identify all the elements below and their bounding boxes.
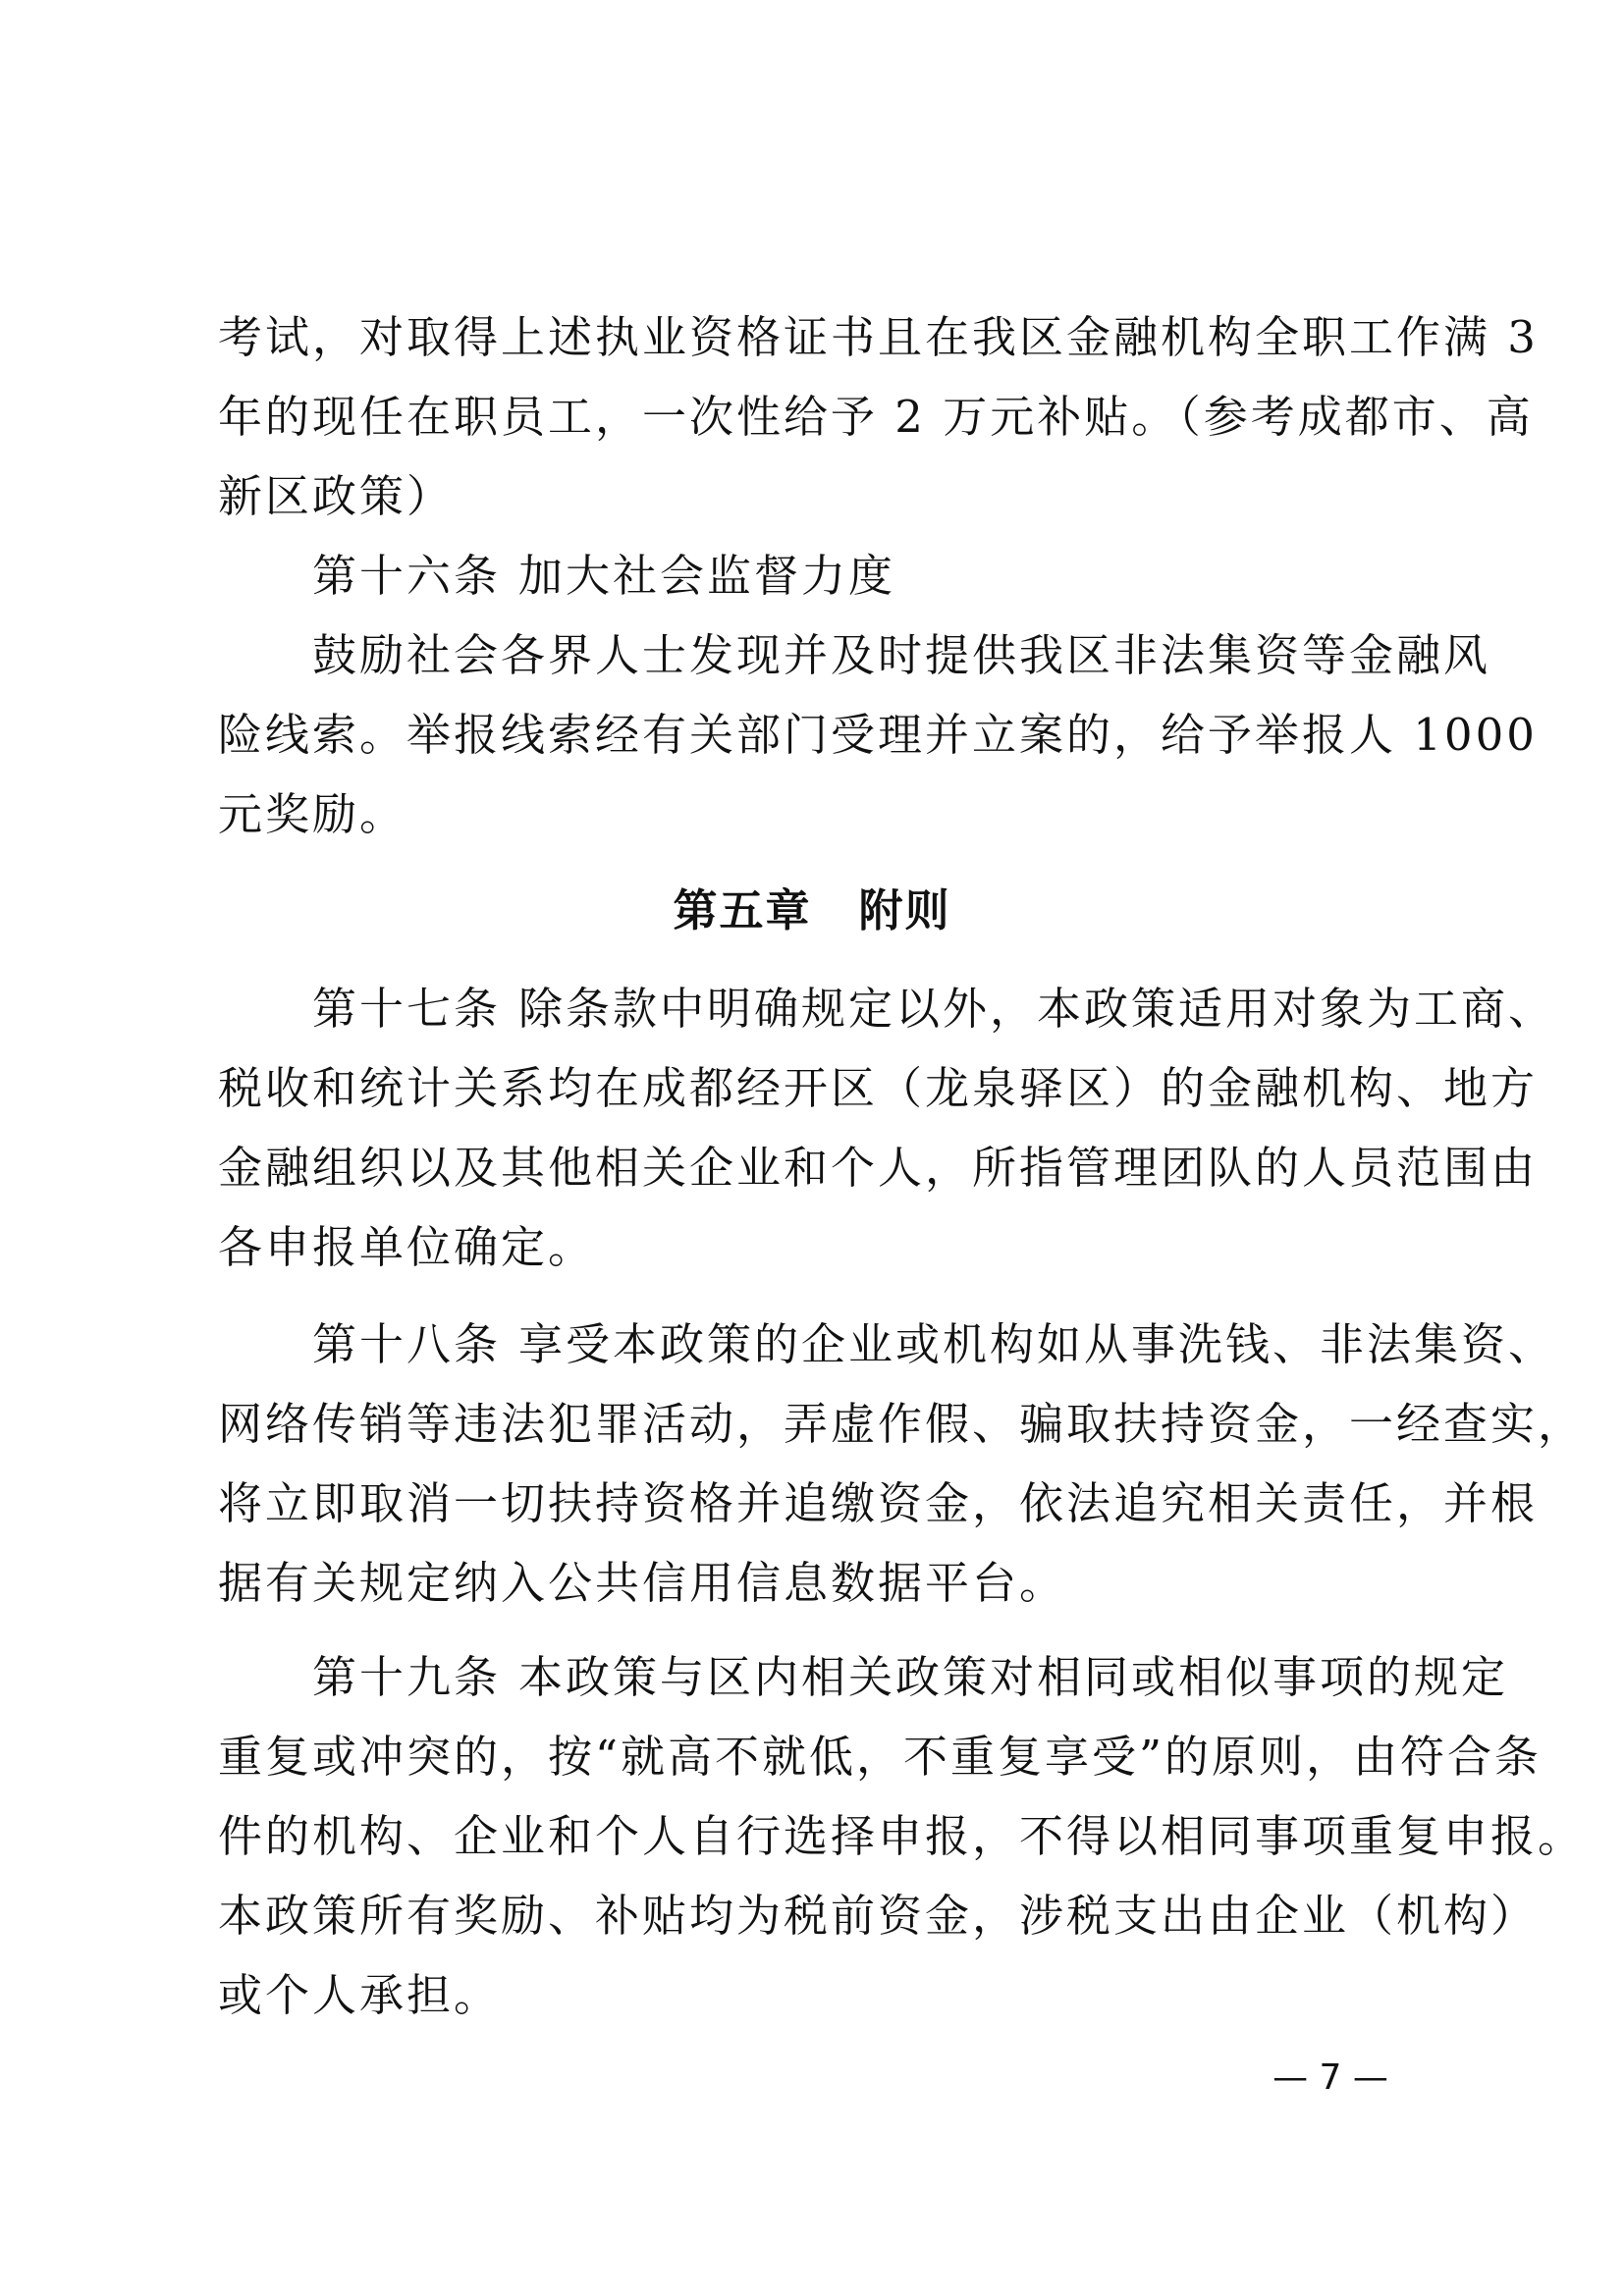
paragraph-line: 据有关规定纳入公共信用信息数据平台。 [218,1554,1422,1613]
paragraph-line: 年的现任在职员工，一次性给予 2 万元补贴。（参考成都市、高 [218,388,1422,447]
paragraph-line: 新区政策） [218,467,1422,526]
article-title: 加大社会监督力度 [518,550,895,602]
article-17-first-line: 第十七条除条款中明确规定以外，本政策适用对象为工商、 [312,980,1422,1039]
article-text: 除条款中明确规定以外，本政策适用对象为工商、 [518,983,1555,1035]
article-16-heading: 第十六条加大社会监督力度 [312,547,1422,606]
article-label: 第十九条 [312,1651,501,1703]
chapter-heading: 第五章附则 [0,881,1624,940]
paragraph-line: 元奖励。 [218,785,1422,844]
page-number: — 7 — [1257,2054,1404,2103]
article-label: 第十八条 [312,1318,501,1370]
article-18-first-line: 第十八条享受本政策的企业或机构如从事洗钱、非法集资、 [312,1315,1422,1374]
paragraph-line: 税收和统计关系均在成都经开区（龙泉驿区）的金融机构、地方 [218,1059,1422,1118]
paragraph-line: 考试，对取得上述执业资格证书且在我区金融机构全职工作满 3 [218,308,1422,367]
paragraph-line: 将立即取消一切扶持资格并追缴资金，依法追究相关责任，并根 [218,1474,1422,1533]
paragraph-line: 重复或冲突的，按“就高不就低，不重复享受”的原则，由符合条 [218,1728,1422,1787]
paragraph-line: 金融组织以及其他相关企业和个人，所指管理团队的人员范围由 [218,1139,1422,1198]
paragraph-line: 鼓励社会各界人士发现并及时提供我区非法集资等金融风 [312,626,1422,685]
paragraph-line: 件的机构、企业和个人自行选择申报，不得以相同事项重复申报。 [218,1807,1422,1866]
document-page: 考试，对取得上述执业资格证书且在我区金融机构全职工作满 3 年的现任在职员工，一… [0,0,1624,2296]
paragraph-line: 各申报单位确定。 [218,1218,1422,1277]
paragraph-line: 本政策所有奖励、补贴均为税前资金，涉税支出由企业（机构） [218,1887,1422,1946]
chapter-title: 附则 [859,884,951,936]
article-text: 享受本政策的企业或机构如从事洗钱、非法集资、 [518,1318,1555,1370]
article-label: 第十六条 [312,550,501,602]
chapter-number: 第五章 [673,884,811,936]
paragraph-line: 网络传销等违法犯罪活动，弄虚作假、骗取扶持资金，一经查实， [218,1395,1422,1454]
paragraph-line: 或个人承担。 [218,1966,1422,2025]
article-19-first-line: 第十九条本政策与区内相关政策对相同或相似事项的规定 [312,1648,1422,1707]
paragraph-line: 险线索。举报线索经有关部门受理并立案的，给予举报人 1000 [218,706,1422,765]
article-label: 第十七条 [312,983,501,1035]
article-text: 本政策与区内相关政策对相同或相似事项的规定 [518,1651,1508,1703]
